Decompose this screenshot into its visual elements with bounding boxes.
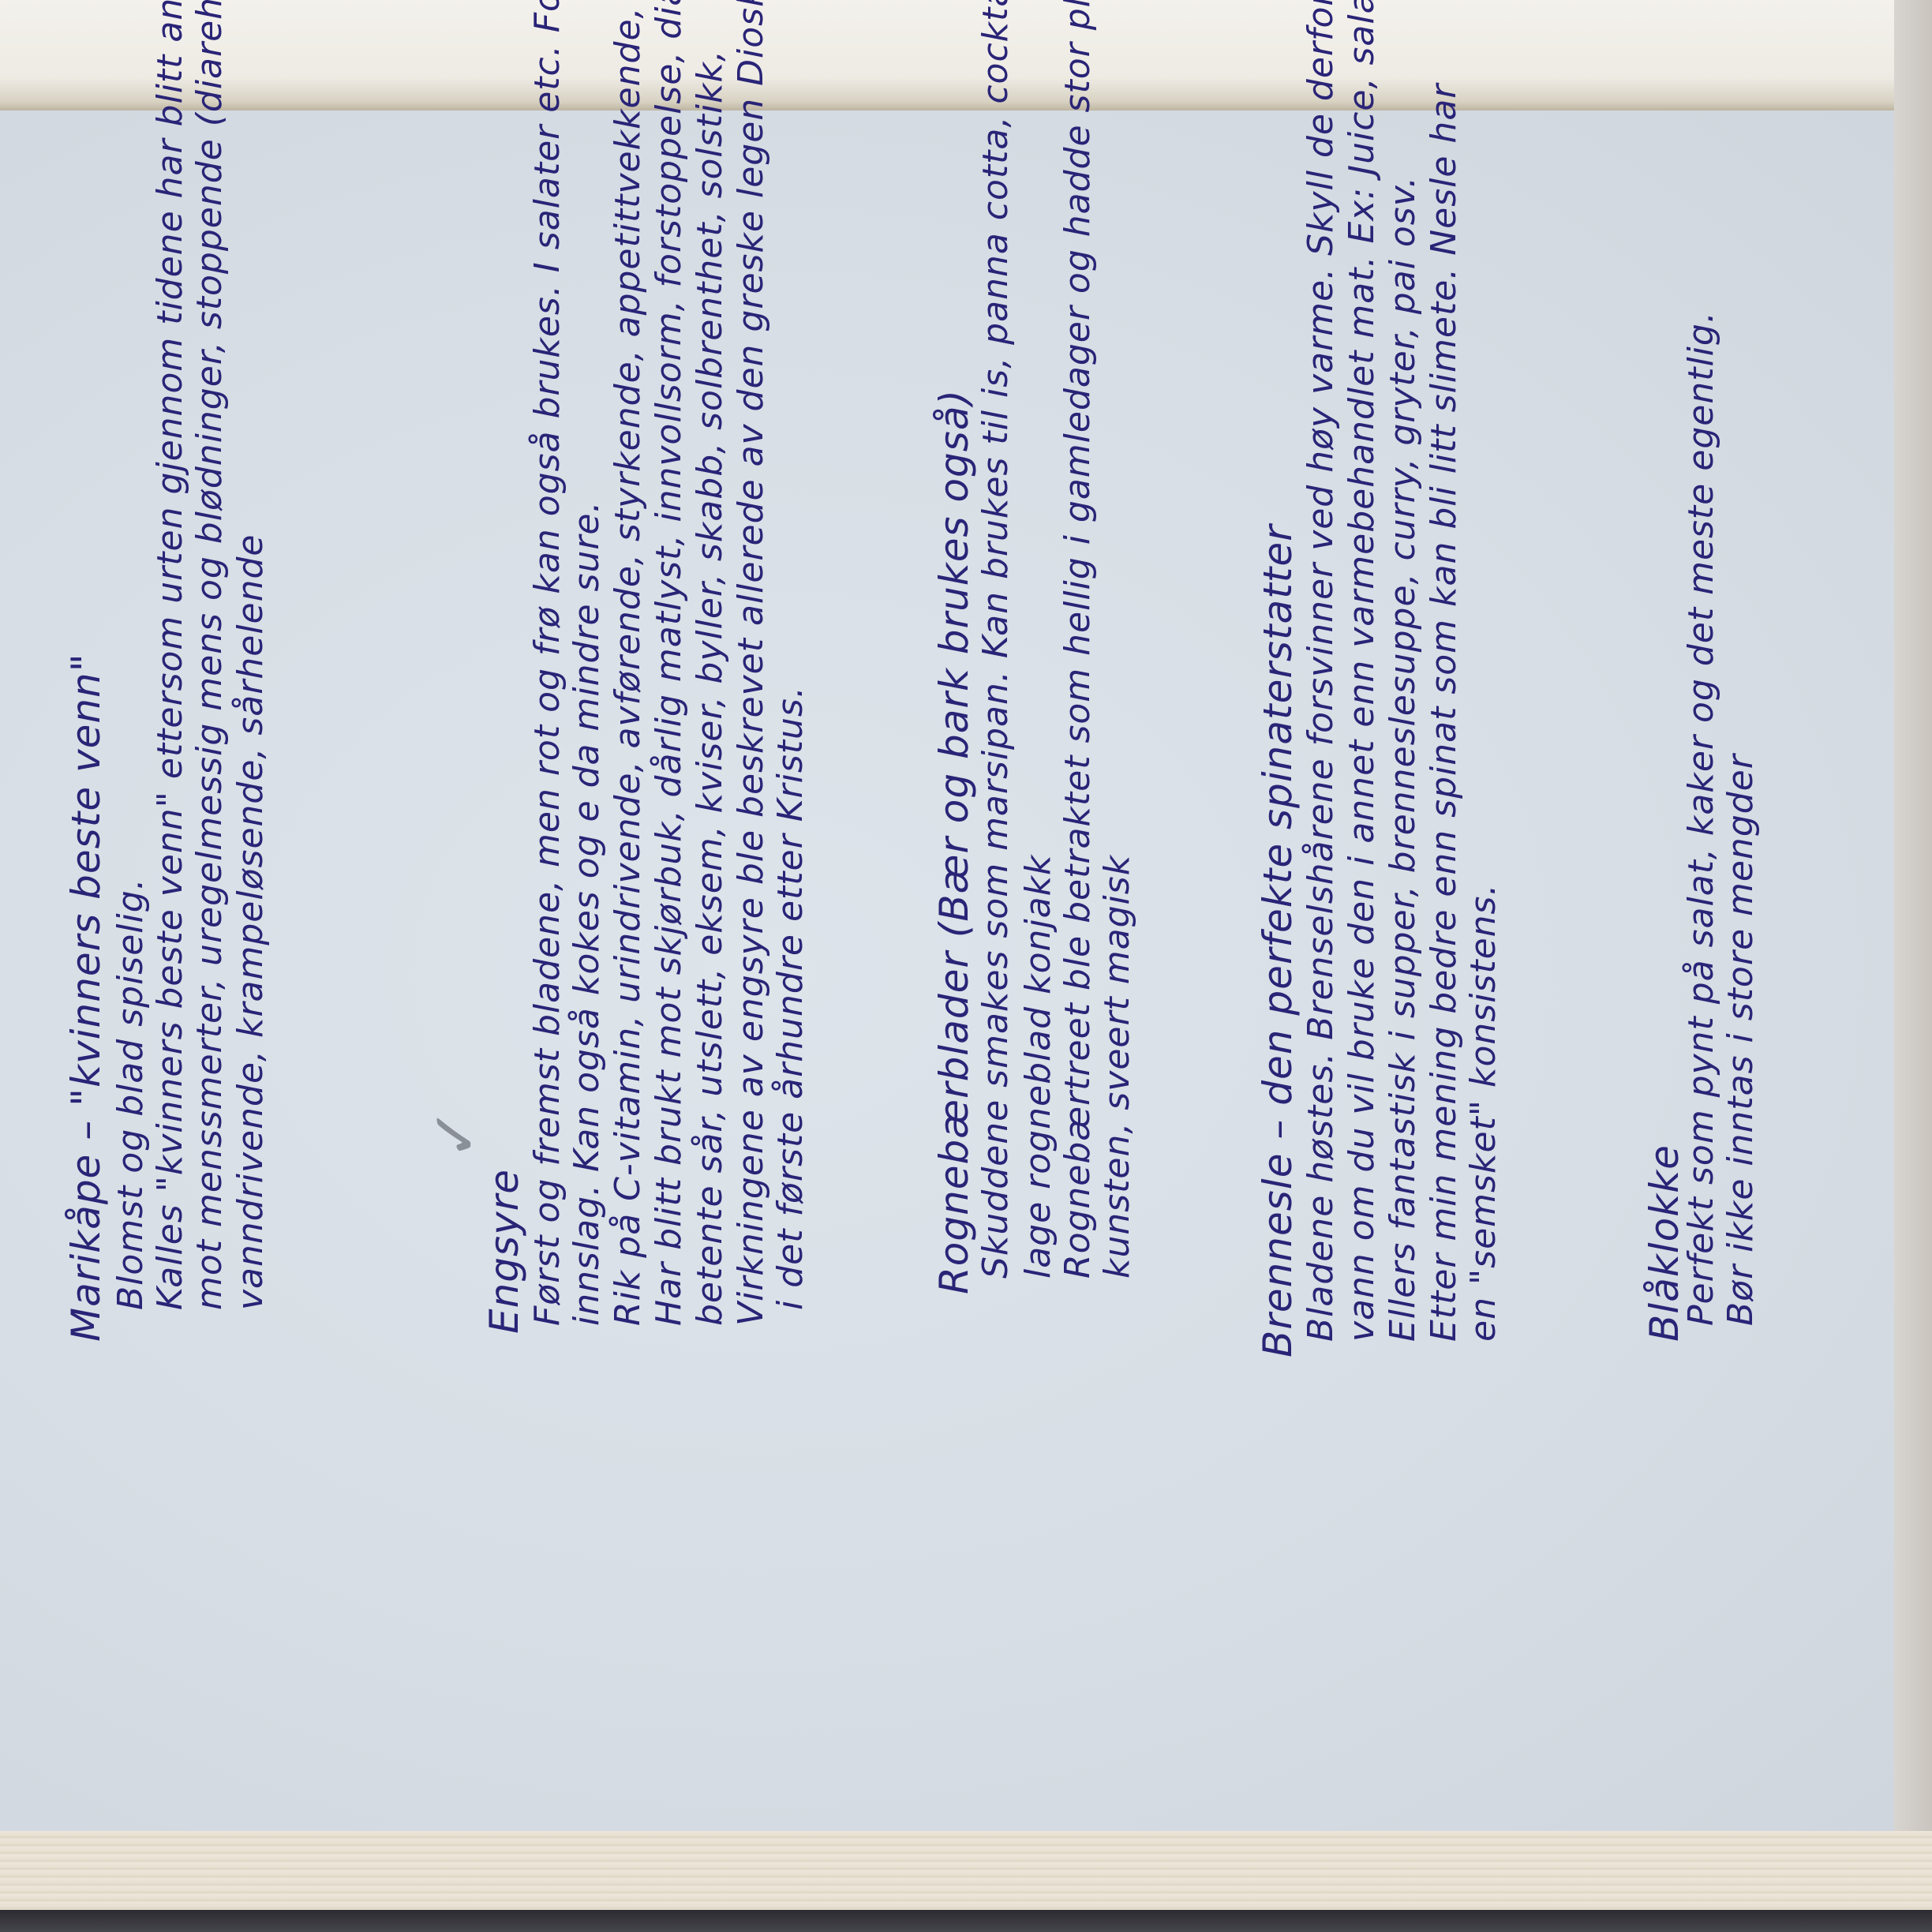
checkmark-icon: ✓ (418, 1107, 492, 1160)
note-line: lage rogneblad konjakk (1018, 854, 1058, 1279)
note-line: vanndrivende, krampeløsende, sårhelende (230, 534, 271, 1311)
note-line: Har blitt brukt mot skjørbuk, dårlig mat… (649, 0, 689, 1326)
note-line: i det første århundre etter Kristus. (770, 686, 811, 1310)
notebook-top-edge (0, 0, 1932, 110)
note-line: Først og fremst bladene, men rot og frø … (527, 0, 567, 1326)
note-line: Rik på C-vitamin, urindrivende, avførend… (608, 0, 648, 1326)
note-line: Etter min mening bedre enn spinat som ka… (1424, 84, 1464, 1342)
note-line: mot menssmerter, uregelmessig mens og bl… (189, 0, 230, 1310)
section-title: Rognebærblader (Bær og bark brukes også) (931, 389, 977, 1294)
section-title: Engsyre (481, 1169, 527, 1334)
note-line: Perfekt som pynt på salat, kaker og det … (1681, 311, 1721, 1326)
note-line: Kalles "kvinners beste venn" ettersom ur… (150, 0, 190, 1310)
note-line: kunsten, sveert magisk (1097, 855, 1137, 1279)
notebook-side-edge (1894, 0, 1932, 1932)
note-line: Virkningene av engsyre ble beskrevet all… (731, 0, 771, 1326)
section-title: Brennesle – den perfekte spinaterstatter (1255, 524, 1301, 1357)
note-line: Bladene høstes. Brenselshårene forsvinne… (1301, 0, 1341, 1342)
notebook-cover (0, 1910, 1932, 1932)
note-line: Skuddene smakes som marsipan. Kan brukes… (975, 0, 1016, 1279)
note-line: en "semsket" konsistens. (1463, 884, 1503, 1342)
note-line: Blomst og blad spiselig. (110, 878, 151, 1310)
note-line: Bør ikke inntas i store mengder (1720, 754, 1761, 1326)
note-line: vann om du vil bruke den i annet enn var… (1342, 0, 1382, 1342)
note-line: innslag. Kan også kokes og e da mindre s… (567, 501, 607, 1327)
handwritten-notes: Marikåpe – "kvinners beste venn" Blomst … (0, 110, 1894, 1831)
note-line: Rognebærtreet ble betraktet som hellig i… (1058, 0, 1098, 1279)
note-line: Ellers fantastisk i supper, brenneslesup… (1383, 176, 1423, 1342)
section-title: Marikåpe – "kvinners beste venn" (63, 653, 109, 1342)
note-line: betente sår, utslett, eksem, kviser, byl… (690, 50, 730, 1326)
